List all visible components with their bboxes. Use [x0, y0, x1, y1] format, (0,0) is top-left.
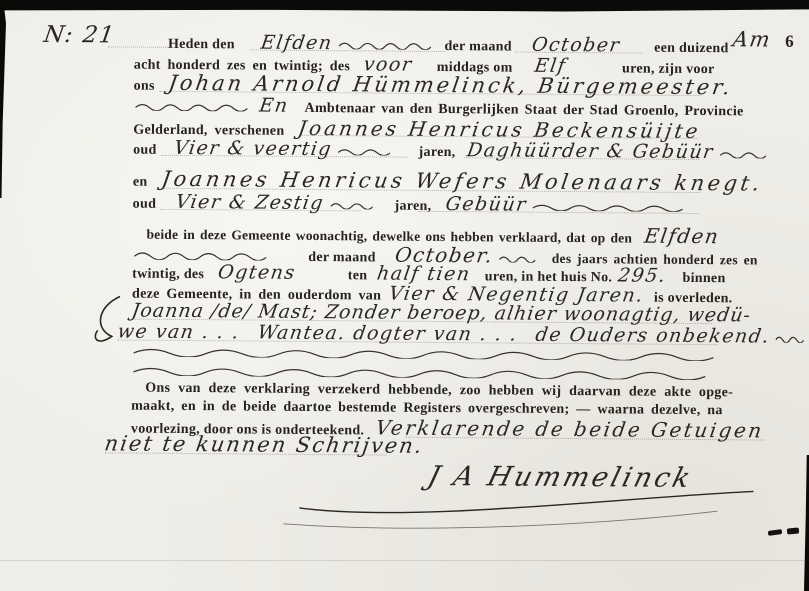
- corner-annotation: Am 6: [733, 27, 794, 51]
- printed-text: een duizend: [654, 41, 729, 57]
- form-line-6: oud Vier & veertig jaren, Daghüürder & G…: [133, 137, 768, 164]
- signature-flourish: [281, 470, 781, 534]
- scanned-death-record-page: N: 21 Am 6 Heden den Elfden der maand Oc…: [0, 0, 809, 591]
- handwritten-entry: October: [530, 34, 622, 57]
- baseline-rule: [108, 46, 168, 47]
- squiggle-filler: [533, 202, 683, 212]
- form-line-8: oud Vier & Zestig jaren, Gebüür: [133, 191, 685, 217]
- squiggle-filler: [331, 200, 373, 209]
- handwritten-entry: niet te kunnen Schrijven.: [103, 431, 425, 457]
- squiggle-filler: [500, 253, 536, 262]
- form-line-18: niet te kunnen Schrijven.: [105, 431, 424, 458]
- handwritten-entry: Gebüür: [444, 193, 528, 216]
- squiggle-filler: [135, 101, 247, 112]
- handwritten-entry: Vier & Zestig: [175, 191, 327, 214]
- squiggle-filler: [338, 39, 430, 50]
- squiggle-filler-line: [134, 345, 714, 362]
- squiggle-filler: [339, 146, 391, 155]
- printed-text: en: [133, 175, 148, 190]
- handwritten-entry: de Ouders onbekend.: [534, 324, 772, 348]
- marginal-flourish: [90, 292, 132, 350]
- printed-text: binnen: [682, 271, 725, 286]
- printed-text: ons: [134, 79, 155, 94]
- printed-text: jaren,: [394, 199, 431, 214]
- handwritten-entry: we van . . .: [116, 320, 241, 343]
- handwritten-entry: En: [258, 95, 290, 117]
- handwritten-entry: Wantea. dogter van . . .: [256, 322, 519, 346]
- document-content: N: 21 Am 6 Heden den Elfden der maand Oc…: [0, 0, 809, 591]
- squiggle-filler: [134, 249, 266, 261]
- handwritten-entry: 295.: [617, 264, 669, 286]
- printed-text: ten: [348, 268, 368, 283]
- handwritten-entry: Vier & veertig: [173, 137, 334, 160]
- handwritten-entry: Elfden: [259, 32, 334, 55]
- printed-text: oud: [133, 143, 157, 158]
- printed-text: Heden den: [168, 37, 235, 53]
- printed-text: der maand: [444, 39, 512, 55]
- printed-text: jaren,: [419, 145, 456, 160]
- squiggle-filler-line: [133, 364, 705, 380]
- handwritten-entry: Daghüürder & Gebüür: [466, 139, 716, 163]
- squiggle-filler: [720, 149, 766, 158]
- printed-text: oud: [133, 197, 157, 212]
- act-number: N: 21: [44, 22, 115, 49]
- handwritten-entry: Verklarende de beide Getuigen: [374, 416, 765, 443]
- form-line-14: we van . . . Wantea. dogter van . . . de…: [118, 320, 807, 347]
- squiggle-filler: [776, 334, 804, 343]
